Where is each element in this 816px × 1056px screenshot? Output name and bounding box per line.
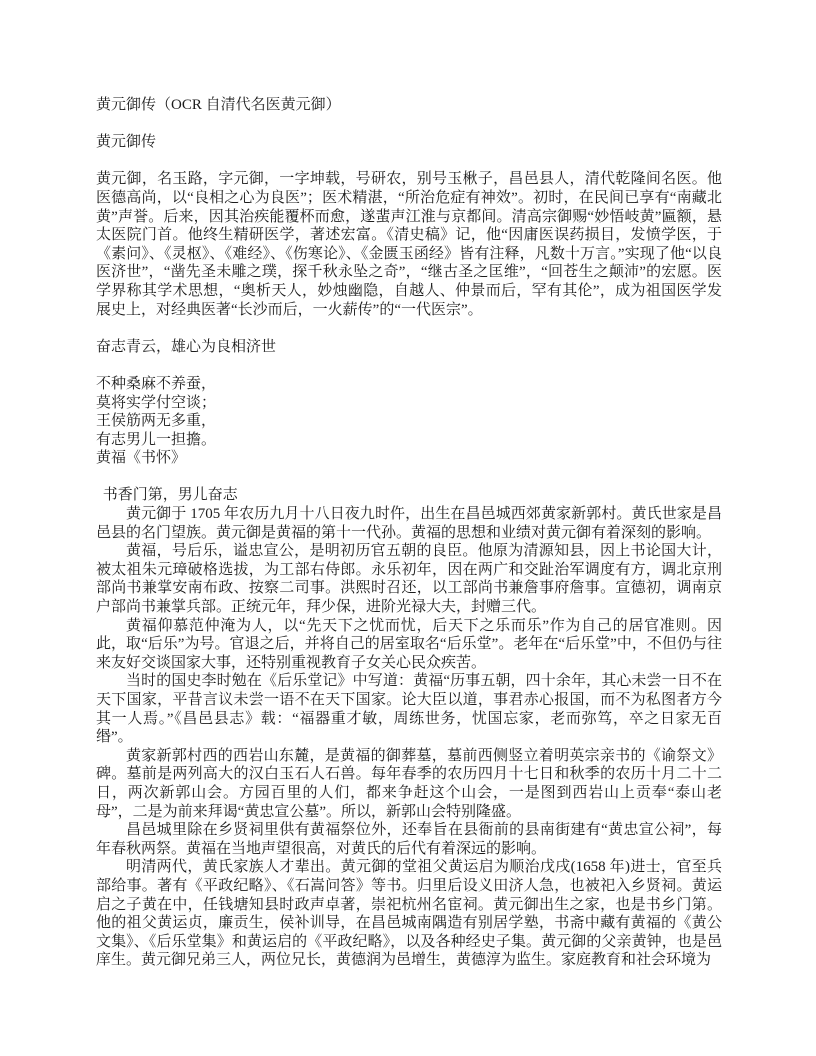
body-paragraph: 明清两代，黄氏家族人才辈出。黄元御的堂祖父黄运启为顺治戊戌(1658 年)进士，… [96, 858, 722, 970]
document-subtitle: 黄元御传 [96, 133, 722, 152]
document-content: 黄元御传（OCR 自清代名医黄元御） 黄元御传 黄元御，名玉路，字元御，一字坤载… [96, 96, 722, 970]
poem-attribution: 黄福《书怀》 [96, 449, 722, 468]
section-heading-ambition: 奋志青云，雄心为良相济世 [96, 338, 722, 357]
section-body: 黄元御于 1705 年农历九月十八日夜九时仵，出生在昌邑城西郊黄家新郭村。黄氏世… [96, 505, 722, 970]
document-title: 黄元御传（OCR 自清代名医黄元御） [96, 96, 722, 115]
poem-line: 不种桑麻不养蚕， [96, 375, 722, 394]
body-paragraph: 黄家新郭村西的西岩山东麓，是黄福的御葬墓，墓前西侧竖立着明英宗亲书的《谕祭文》碑… [96, 747, 722, 821]
poem-line: 有志男儿一担擔。 [96, 431, 722, 450]
section-heading-family: 书香门第，男儿奋志 [96, 486, 722, 505]
poem-line: 莫将实学付空谈； [96, 394, 722, 413]
poem-line: 王侯筋两无多重， [96, 412, 722, 431]
body-paragraph: 黄福仰慕范仲淹为人，以“先天下之忧而忧，后天下之乐而乐”作为自己的居官准则。因此… [96, 617, 722, 673]
poem-block: 不种桑麻不养蚕， 莫将实学付空谈； 王侯筋两无多重， 有志男儿一担擔。 黄福《书… [96, 375, 722, 468]
intro-paragraph: 黄元御，名玉路，字元御，一字坤载，号研农，别号玉楸子，昌邑县人，清代乾隆间名医。… [96, 170, 722, 319]
body-paragraph: 黄福，号后乐，谥忠宣公，是明初历官五朝的良臣。他原为清源知县，因上书论国大计，被… [96, 542, 722, 616]
body-paragraph: 黄元御于 1705 年农历九月十八日夜九时仵，出生在昌邑城西郊黄家新郭村。黄氏世… [96, 505, 722, 542]
document-page: 黄元御传（OCR 自清代名医黄元御） 黄元御传 黄元御，名玉路，字元御，一字坤载… [0, 0, 816, 1056]
body-paragraph: 昌邑城里除在乡贤祠里供有黄福祭位外，还奉旨在县衙前的县南街建有“黄忠宣公祠”，每… [96, 821, 722, 858]
body-paragraph: 当时的国史李时勉在《后乐堂记》中写道：黄福“历事五朝，四十余年，其心未尝一日不在… [96, 672, 722, 746]
